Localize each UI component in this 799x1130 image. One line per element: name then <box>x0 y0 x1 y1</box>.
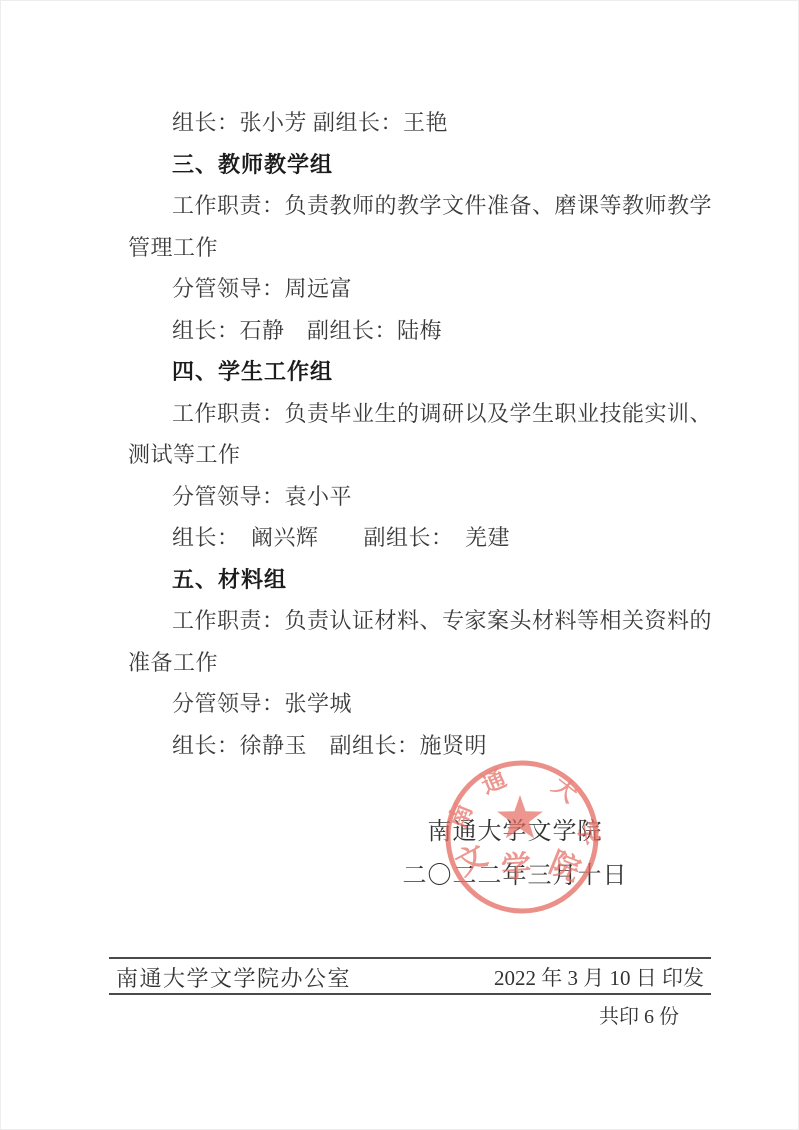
footer-rule-bottom <box>109 993 711 995</box>
footer-rule-top <box>109 957 711 959</box>
section-heading-material-group: 五、材料组 <box>128 559 714 601</box>
text-line-duty-teacher-1: 工作职责：负责教师的教学文件准备、磨课等教师教学 <box>128 185 714 227</box>
seal-char: 学 <box>572 820 603 848</box>
text-line-teacher-leader: 分管领导：周远富 <box>128 268 714 310</box>
footer-issue-date: 2022 年 3 月 10 日 印发 <box>494 962 704 992</box>
text-line-material-heads: 组长：徐静玉 副组长：施贤明 <box>128 725 714 767</box>
text-line-teacher-heads: 组长：石静 副组长：陆梅 <box>128 310 714 352</box>
section-heading-student-group: 四、学生工作组 <box>128 351 714 393</box>
official-seal: 南 通 大 学 文 学 院 <box>434 749 610 925</box>
text-line-duty-material-2: 准备工作 <box>128 642 714 684</box>
text-line-duty-student-2: 测试等工作 <box>128 434 714 476</box>
document-page: 组长：张小芳 副组长：王艳 三、教师教学组 工作职责：负责教师的教学文件准备、磨… <box>0 0 799 1130</box>
seal-char: 通 <box>477 765 510 799</box>
text-line-material-leader: 分管领导：张学城 <box>128 683 714 725</box>
footer-row: 南通大学文学院办公室 2022 年 3 月 10 日 印发 <box>116 962 704 992</box>
text-line-duty-teacher-2: 管理工作 <box>128 227 714 269</box>
footer-office: 南通大学文学院办公室 <box>116 962 351 993</box>
text-line-student-heads: 组长： 阚兴辉 副组长： 羌建 <box>128 517 714 559</box>
footer-copies-count: 共印 6 份 <box>109 1000 679 1029</box>
seal-star-icon <box>497 795 543 838</box>
seal-char: 学 <box>500 850 532 885</box>
text-line-duty-material-1: 工作职责：负责认证材料、专家案头材料等相关资料的 <box>128 600 714 642</box>
text-line-duty-student-1: 工作职责：负责毕业生的调研以及学生职业技能实训、 <box>128 393 714 435</box>
section-heading-teacher-group: 三、教师教学组 <box>128 144 714 186</box>
body-text: 组长：张小芳 副组长：王艳 三、教师教学组 工作职责：负责教师的教学文件准备、磨… <box>128 102 714 766</box>
text-line-student-leader: 分管领导：袁小平 <box>128 476 714 518</box>
seal-char: 大 <box>547 772 583 808</box>
text-line-group2-leaders: 组长：张小芳 副组长：王艳 <box>128 102 714 144</box>
